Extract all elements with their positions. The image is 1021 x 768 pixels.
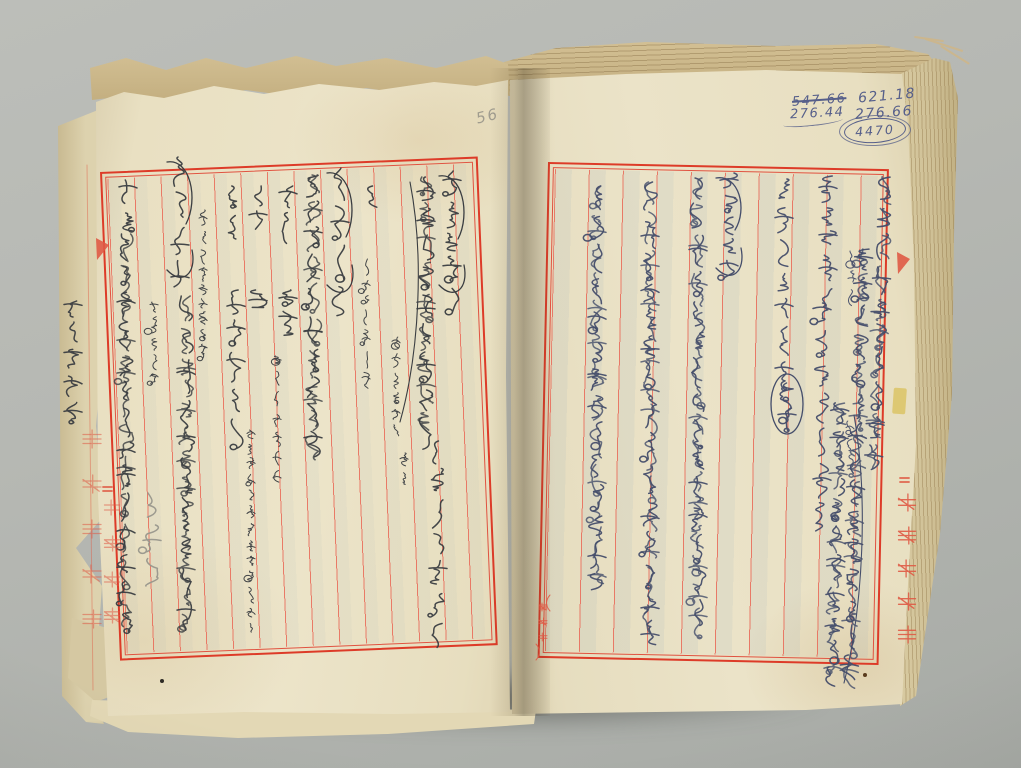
red-frame-left — [100, 157, 498, 661]
ink-dot — [160, 679, 164, 683]
ink-dot — [863, 673, 867, 677]
circled-number: 4470 — [843, 116, 907, 145]
photo-background: （九十三条ノ四）社員ハ出資一口以上ヲ有スルモノトス一口ノ金額五百円（廿口マデナシ… — [0, 0, 1021, 768]
yellow-tab — [892, 388, 907, 415]
red-frame-right — [538, 162, 889, 665]
